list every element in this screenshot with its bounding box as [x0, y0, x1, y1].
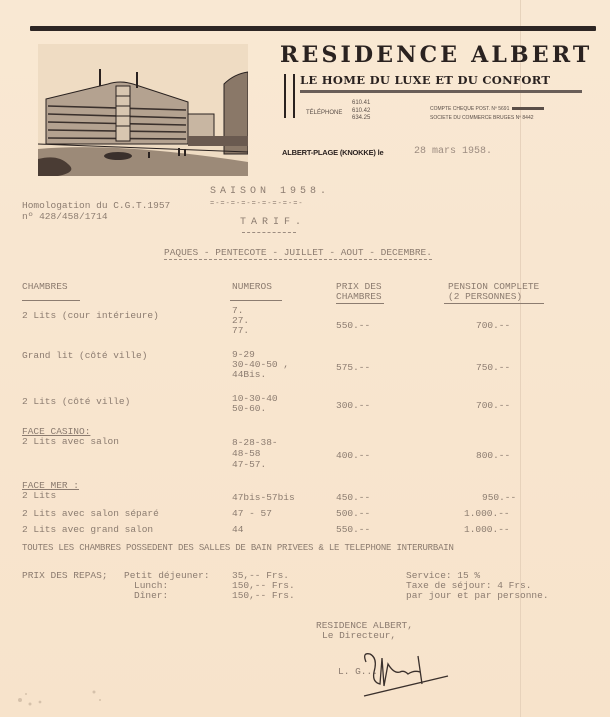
letter-date: 28 mars 1958.: [414, 146, 492, 157]
hotel-name: RESIDENCE ALBERT: [280, 42, 593, 68]
col-rule: [444, 303, 544, 304]
double-vertical-rule: [284, 74, 295, 118]
hotel-illustration: [38, 44, 248, 176]
amenities-note: TOUTES LES CHAMBRES POSSEDENT DES SALLES…: [22, 543, 454, 553]
telephone-number: 634.25: [352, 115, 370, 123]
homologation-number: nº 428/458/1714: [22, 211, 170, 222]
room-type: Grand lit (côté ville): [22, 350, 147, 361]
season-rule: =-=-=-=-=-=-=-=-=-: [210, 200, 304, 208]
room-numbers: 47 - 57: [232, 508, 272, 519]
meal-name: Dîner:: [134, 590, 168, 601]
pension-price: 1.000.--: [464, 524, 510, 535]
tariff-rule: [242, 232, 296, 233]
tariff-heading: TARIF.: [240, 217, 306, 228]
room-price: 300.--: [336, 400, 370, 411]
room-price: 550.--: [336, 320, 370, 331]
top-rule: [30, 26, 596, 31]
telephone-label: TÉLÉPHONE: [306, 110, 342, 116]
col-header-chambres: CHAMBRES: [22, 282, 68, 292]
bank-details: COMPTE CHEQUE POST. Nº 5691 SOCIETE DU C…: [430, 105, 544, 123]
pension-price: 700.--: [476, 400, 510, 411]
bank-line: SOCIETE DU COMMERCE BRUGES Nº 8442: [430, 114, 544, 123]
meal-price: 150,-- Frs.: [232, 590, 295, 601]
room-type: 2 Lits (côté ville): [22, 396, 130, 407]
meals-label: PRIX DES REPAS;: [22, 570, 108, 581]
room-price: 400.--: [336, 450, 370, 461]
paper-stain: [10, 680, 110, 710]
telephone-number: 610.42: [352, 108, 370, 116]
room-numbers: 7. 27. 77.: [232, 306, 249, 336]
handwritten-signature: [360, 650, 450, 700]
pension-price: 800.--: [476, 450, 510, 461]
hotel-slogan: LE HOME DU LUXE ET DU CONFORT: [300, 73, 550, 87]
col-header-prix: PRIX DES CHAMBRES: [336, 282, 382, 302]
bank-rule: [512, 107, 544, 110]
room-numbers: 47bis-57bis: [232, 492, 295, 503]
room-type: 2 Lits (cour intérieure): [22, 310, 159, 321]
place-line: ALBERT-PLAGE (KNOKKE) le: [282, 148, 383, 157]
room-type: 2 Lits: [22, 490, 56, 501]
room-numbers: 8-28-38- 48-58 47-57.: [232, 437, 278, 470]
homologation-line: Homologation du C.G.T.1957: [22, 200, 170, 211]
pension-price: 1.000.--: [464, 508, 510, 519]
pension-price: 950.--: [482, 492, 516, 503]
room-type: 2 Lits avec salon séparé: [22, 508, 159, 519]
room-numbers: 10-30-40 50-60.: [232, 394, 278, 414]
room-numbers: 9-29 30-40-50 , 44Bis.: [232, 350, 289, 380]
slogan-rule: [300, 90, 582, 93]
season-heading: SAISON 1958.: [210, 186, 330, 197]
homologation: Homologation du C.G.T.1957nº 428/458/171…: [22, 200, 170, 222]
col-header-pension: PENSION COMPLETE (2 PERSONNES): [448, 282, 539, 302]
tax-note: par jour et par personne.: [406, 590, 549, 601]
room-numbers: 44: [232, 524, 243, 535]
col-rule: [22, 300, 80, 301]
room-price: 450.--: [336, 492, 370, 503]
pension-price: 700.--: [476, 320, 510, 331]
room-price: 500.--: [336, 508, 370, 519]
col-rule: [230, 300, 282, 301]
room-type: 2 Lits avec salon: [22, 436, 119, 447]
col-rule: [336, 303, 384, 304]
signature-title: Le Directeur,: [322, 630, 396, 641]
pension-price: 750.--: [476, 362, 510, 373]
room-type: 2 Lits avec grand salon: [22, 524, 153, 535]
telephone-number: 610.41: [352, 100, 370, 108]
bank-line: COMPTE CHEQUE POST. Nº 5691: [430, 106, 509, 112]
telephone-numbers: 610.41 610.42 634.25: [352, 100, 370, 123]
col-header-numeros: NUMEROS: [232, 282, 272, 292]
room-price: 575.--: [336, 362, 370, 373]
periods-heading: PAQUES - PENTECOTE - JUILLET - AOUT - DE…: [164, 247, 432, 260]
room-price: 550.--: [336, 524, 370, 535]
